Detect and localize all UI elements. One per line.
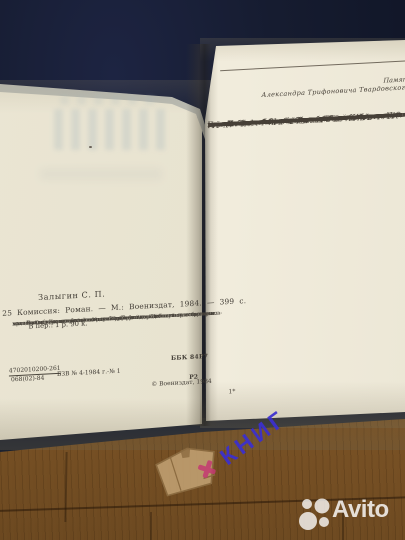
dedication-name: Александра Трифоновича Твардовского [261,83,405,99]
novel-text-block: Разного облика произрастают леса по вели… [208,110,405,122]
novel-page-content: Памяти Александра Трифоновича Твардовско… [205,47,405,417]
author-name: Залыгин С. П. [38,289,105,302]
plank-seam [150,512,152,540]
publication-code-denominator: 068(02)-84 [11,375,45,384]
avito-watermark: Avito [298,494,405,536]
publication-series-code: БЗВ № 4-1984 г.-№ 1 [57,368,121,378]
text-showthrough-ghost [40,168,162,180]
imprint-page-content: Залыгин С. П. 25 Комиссия: Роман. — М.: … [0,277,212,418]
title-showthrough-ghost [54,109,166,150]
avito-logo-text: Avito [332,496,389,524]
header-rule [220,60,405,71]
title-showthrough-ghost [60,96,156,105]
avito-circles-icon [298,496,332,532]
signature-mark: 1* [228,388,235,395]
bbk-index: ББК 84Р7 [171,353,208,362]
copyright-line: © Воениздат, 1984 [151,378,212,388]
paper-speck [89,146,92,148]
photo-open-book-listing: Залыгин С. П. 25 Комиссия: Роман. — М.: … [0,0,405,540]
